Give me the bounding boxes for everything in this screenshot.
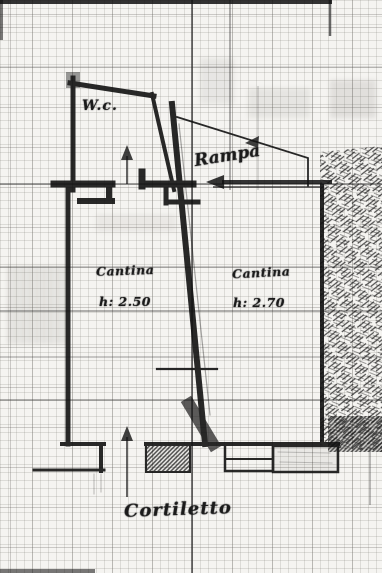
wc-label: W.c. <box>82 98 118 114</box>
bottom-wall <box>34 404 338 494</box>
scan-edge-marks <box>0 0 332 571</box>
room-right-height: h: 2.70 <box>233 295 285 310</box>
terrain-hatch <box>320 146 382 452</box>
wall-section-band <box>273 446 338 472</box>
plan-ink-layer <box>0 0 382 573</box>
room-right-name: Cantina <box>232 263 291 281</box>
room-left-name: Cantina <box>96 262 155 279</box>
wc-up-arrow-icon <box>121 145 133 184</box>
top-wall <box>54 172 322 203</box>
pier-open <box>225 444 273 471</box>
floor-plan-canvas: W.c. Rampa Cantina h: 2.50 Cantina h: 2.… <box>0 0 382 573</box>
entrance-up-arrow-icon <box>121 426 133 497</box>
room-left-height: h: 2.50 <box>99 294 151 309</box>
building-walls <box>34 72 338 494</box>
courtyard-label: Cortiletto <box>124 497 233 522</box>
wc-top-wall <box>70 83 154 96</box>
pier-hatched <box>146 444 190 472</box>
